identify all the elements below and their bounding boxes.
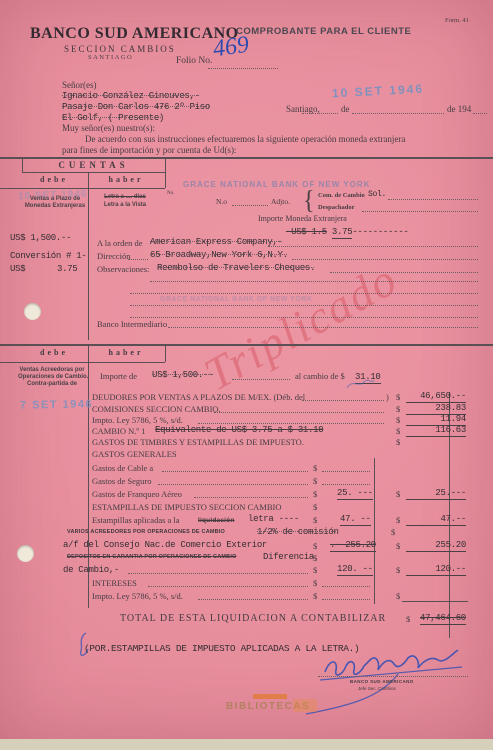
dotted-line bbox=[268, 246, 478, 247]
dollar-sign: $ bbox=[396, 404, 400, 414]
dollar-sign: $ bbox=[396, 489, 400, 499]
debe-amount-2: Conversión # 1- bbox=[10, 251, 87, 261]
dollar-sign: $ bbox=[313, 591, 317, 601]
dotted-line bbox=[322, 484, 370, 485]
dollar-sign: $ bbox=[396, 415, 400, 425]
row-cable-label: Gastos de Cable a bbox=[92, 463, 153, 473]
liq-debe-header: debe bbox=[24, 348, 84, 357]
com-cambio-value: Sol. bbox=[368, 190, 386, 199]
row-franqueo-label: Gastos de Franqueo Aéreo bbox=[92, 489, 182, 499]
dollar-sign: $ bbox=[396, 392, 400, 402]
total-label: TOTAL DE ESTA LIQUIDACION A CONTABILIZAR bbox=[120, 613, 386, 624]
row-estampillas-label: ESTAMPILLAS DE IMPUESTO SECCION CAMBIO bbox=[92, 502, 282, 512]
dotted-line bbox=[198, 423, 384, 424]
dollar-sign: $ bbox=[313, 565, 317, 575]
adjto-label: Adjto. bbox=[271, 197, 290, 206]
date-de: de bbox=[341, 104, 350, 114]
dollar-sign: $ bbox=[313, 515, 317, 525]
haber-caption: Letra a la Vista bbox=[94, 202, 156, 208]
dotted-line bbox=[158, 484, 308, 485]
salutation: Señor(es) bbox=[62, 80, 97, 90]
dotted-line bbox=[322, 599, 370, 600]
consejo-typed: a/f del Consejo Nac.de Comercio Exterior bbox=[63, 540, 267, 550]
intro-line-2: para fines de importación y por cuenta d… bbox=[62, 145, 236, 155]
greeting: Muy señor(es) nuestro(s): bbox=[62, 123, 155, 133]
liq-importe-value: US$ 1,500.-- bbox=[152, 370, 213, 380]
row-deudores-label: DEUDORES POR VENTAS A PLAZOS DE M/EX. (D… bbox=[92, 392, 305, 402]
debe-amount-1: US$ 1,500.-- bbox=[10, 233, 71, 243]
dollar-sign: $ bbox=[396, 591, 400, 601]
dollar-sign: $ bbox=[313, 502, 317, 512]
dotted-line bbox=[130, 305, 478, 306]
debe-amount-3: 3.75 bbox=[57, 264, 77, 274]
dotted-line bbox=[330, 272, 478, 273]
liq-side-caption-2: Operaciones de Cambio. bbox=[18, 374, 86, 380]
dollar-sign: $ bbox=[396, 515, 400, 525]
cuentas-title: CUENTAS bbox=[22, 160, 165, 170]
no-tiny-label: No. bbox=[167, 191, 174, 196]
orden-value: American Express Company,- bbox=[150, 237, 283, 247]
dollar-sign: $ bbox=[313, 476, 317, 486]
rule bbox=[165, 157, 166, 188]
folio-label: Folio No. bbox=[176, 56, 212, 66]
signature-title-caption: Jefe Sec. Cambios bbox=[358, 686, 396, 691]
bank-city: SANTIAGO bbox=[88, 54, 133, 61]
dollar-sign: $ bbox=[313, 489, 317, 499]
intro-line-1: De acuerdo con sus instrucciones efectua… bbox=[85, 134, 405, 144]
dotted-line bbox=[322, 586, 370, 587]
observaciones-label: Observaciones: bbox=[97, 264, 149, 274]
dotted-line bbox=[292, 259, 478, 260]
de-cambio-typed: de Cambio,- bbox=[63, 565, 119, 575]
dotted-line bbox=[198, 599, 308, 600]
com-cambio-label: Com. de Cambio bbox=[318, 192, 365, 199]
dotted-line bbox=[232, 205, 268, 206]
client-name: Ignacio González Ginouves,- bbox=[62, 91, 200, 101]
dollar-sign: $ bbox=[313, 553, 317, 563]
row-cambio1-value: 116.63 bbox=[406, 425, 466, 437]
dotted-line bbox=[128, 259, 148, 260]
dotted-line bbox=[130, 317, 478, 318]
liq-haber-header: haber bbox=[92, 348, 160, 357]
folio-number-handwritten: 469 bbox=[211, 32, 250, 64]
row-aplicadas-struck: liquidación bbox=[198, 517, 235, 524]
haber-caption-struck: Letra a .... días bbox=[94, 194, 156, 200]
rule bbox=[165, 344, 166, 362]
date-stamp-10set: 10 SET 1946 bbox=[332, 82, 425, 101]
row-cambio1-label: CAMBIO N.º 1 bbox=[92, 426, 145, 436]
cuentas-haber-header: haber bbox=[92, 175, 160, 184]
folio-dotted-line bbox=[208, 68, 278, 69]
observaciones-value: Reembolso de Travelers Cheques. bbox=[157, 263, 315, 273]
row-aplicadas-typed: letra ---- bbox=[248, 514, 299, 524]
row-impto1-label: Impto. Ley 5786, 5 %, s/d. bbox=[92, 415, 183, 425]
liq-importe-label: Importe de bbox=[100, 371, 137, 381]
scanned-document: Triplicado Form. 41 BANCO SUD AMERICANO … bbox=[0, 0, 493, 739]
varios-acreedores-stamp: VARIOS ACREEDORES POR OPERACIONES DE CAM… bbox=[67, 529, 225, 535]
dotted-line bbox=[214, 412, 384, 413]
rule bbox=[0, 157, 493, 159]
bank-section: SECCION CAMBIOS bbox=[64, 44, 176, 54]
consejo-value: 255.20 bbox=[406, 540, 466, 552]
dotted-line bbox=[162, 471, 308, 472]
punch-hole bbox=[17, 545, 34, 562]
client-copy-stamp: COMPROBANTE PARA EL CLIENTE bbox=[236, 26, 411, 37]
dollar-sign: $ bbox=[391, 527, 395, 537]
date-stamp-7set: 7 SET 1946 bbox=[20, 398, 93, 411]
form-number: Form. 41 bbox=[445, 17, 469, 24]
bank-name: BANCO SUD AMERICANO bbox=[30, 25, 239, 43]
dotted-line bbox=[388, 199, 478, 200]
dollar-sign: $ bbox=[313, 463, 317, 473]
dollar-sign: $ bbox=[406, 614, 410, 624]
total-value: 47,464.60 bbox=[420, 613, 466, 625]
dotted-line bbox=[352, 113, 444, 114]
rule bbox=[0, 362, 165, 363]
no-label: N.o bbox=[216, 197, 227, 206]
dotted-line bbox=[130, 293, 478, 294]
dollar-sign: $ bbox=[313, 578, 317, 588]
dotted-line bbox=[232, 379, 290, 380]
row-aplicadas-value: 47.-- bbox=[406, 514, 466, 526]
watermark-orange-block bbox=[293, 699, 317, 712]
de-cambio-value: 120.-- bbox=[406, 564, 466, 576]
importe-struck: -US$ 1.5 bbox=[286, 227, 327, 237]
banco-intermediario-label: Banco Intermediario bbox=[97, 319, 167, 329]
dotted-line bbox=[150, 281, 478, 282]
dotted-line bbox=[168, 327, 478, 328]
watermark-orange-bar bbox=[253, 694, 287, 699]
dotted-line bbox=[302, 400, 384, 401]
debe-amount-3-currency: US$ bbox=[10, 264, 25, 274]
rule bbox=[88, 172, 89, 340]
grace-bank-stamp: GRACE NATIONAL BANK OF NEW YORK bbox=[183, 180, 370, 189]
liq-side-caption-3: Contra-partida de bbox=[18, 381, 86, 387]
row-impto2-label: Impto. Ley 5786, 5 %, s/d. bbox=[92, 591, 183, 601]
dollar-sign: $ bbox=[396, 426, 400, 436]
brace: { bbox=[303, 187, 315, 217]
dotted-line bbox=[322, 471, 370, 472]
typed-dashes: ----------- bbox=[352, 227, 408, 237]
importe-me-value: -US$ 1.5 3.75----------- bbox=[286, 227, 408, 237]
orden-label: A la orden de bbox=[97, 238, 143, 248]
row-cambio1-typed: Equivalente de US$ 3.75 a $ 31.10 bbox=[155, 425, 323, 435]
cents-rule-inner bbox=[374, 458, 375, 604]
dotted-line bbox=[302, 113, 338, 114]
varios-typed: 1/2% de comisión bbox=[257, 527, 339, 537]
client-address-1: Pasaje Don Carlos 476 2º Piso bbox=[62, 102, 210, 112]
dotted-line bbox=[128, 573, 308, 574]
date-year: de 194 bbox=[447, 104, 471, 114]
close-paren: ) bbox=[386, 392, 389, 402]
signature-line bbox=[318, 676, 468, 677]
signature-bank-caption: BANCO SUD AMERICANO bbox=[350, 679, 414, 684]
row-franqueo-value: 25.--- bbox=[406, 488, 466, 500]
dotted-line bbox=[148, 586, 308, 587]
ink-scribble bbox=[345, 376, 375, 392]
dollar-sign: $ bbox=[396, 437, 400, 447]
despachador-label: Despachador bbox=[318, 204, 354, 211]
liq-cambio-label: al cambio de $ bbox=[295, 371, 345, 381]
debe-caption-2: Monedas Extranjeras bbox=[24, 203, 86, 209]
row-aplicadas-label: Estampillas aplicadas a la bbox=[92, 515, 180, 525]
row-comisiones-label: COMISIONES SECCION CAMBIO. bbox=[92, 404, 221, 414]
direccion-value: 65 Broadway,New York 6,N.Y. bbox=[150, 250, 288, 260]
client-address-2: El Golf, ( Presente) bbox=[62, 113, 164, 123]
dollar-sign: $ bbox=[396, 565, 400, 575]
row-franqueo-inner: 25. --- bbox=[337, 488, 373, 500]
row-generales-label: GASTOS GENERALES bbox=[92, 449, 177, 459]
rule bbox=[0, 344, 493, 346]
grace-bank-stamp-faint: GRACE NATIONAL BANK OF NEW YORK bbox=[160, 296, 312, 303]
dollar-sign: $ bbox=[313, 541, 317, 551]
consejo-inner: .- 255.20 bbox=[330, 540, 376, 552]
dotted-line bbox=[473, 113, 487, 114]
de-cambio-inner: 120. -- bbox=[337, 564, 373, 576]
importe-me-caption: Importe Moneda Extranjera bbox=[258, 214, 347, 223]
cuentas-debe-header: debe bbox=[24, 175, 84, 184]
direccion-label: Dirección bbox=[97, 251, 131, 261]
rule bbox=[402, 601, 468, 602]
dotted-line bbox=[194, 497, 308, 498]
row-intereses-label: INTERESES bbox=[92, 578, 137, 588]
row-aplicadas-inner: 47. -- bbox=[340, 514, 371, 526]
rule bbox=[22, 172, 165, 173]
liq-side-caption-1: Ventas Acreedoras por bbox=[18, 367, 86, 373]
dotted-line bbox=[362, 211, 478, 212]
importe-kept: 3.75 bbox=[332, 227, 352, 239]
depositos-garantia-stamp: DEPOSITOS EN GARANTIA POR OPERACIONES DE… bbox=[67, 554, 237, 560]
row-seguro-label: Gastos de Seguro bbox=[92, 476, 152, 486]
row-deudores-value: 46,650.-- bbox=[406, 391, 466, 403]
dollar-sign: $ bbox=[396, 541, 400, 551]
punch-hole bbox=[24, 303, 41, 320]
diferencia-typed: Diferencia bbox=[263, 552, 314, 562]
row-timbres-label: GASTOS DE TIMBRES Y ESTAMPILLAS DE IMPUE… bbox=[92, 437, 304, 447]
debe-caption-1: Ventas a Plazo de bbox=[24, 196, 86, 202]
